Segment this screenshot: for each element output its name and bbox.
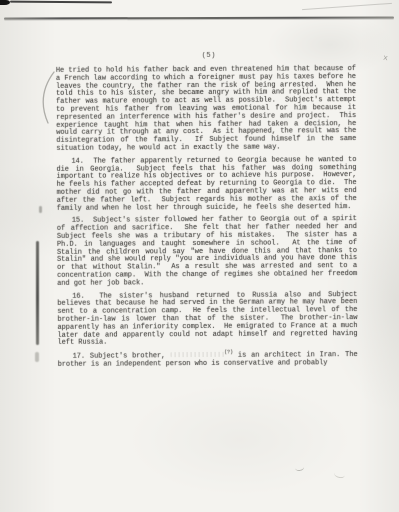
scanned-page: x (5) He tried to hold his father back a…	[0, 0, 399, 512]
document-body: He tried to hold his father back and eve…	[56, 66, 358, 375]
page-number: (5)	[0, 51, 399, 62]
paragraph-17: 17. Subject's brother, (?) is an archite…	[58, 351, 358, 369]
paragraph-13-continuation: He tried to hold his father back and eve…	[56, 66, 357, 154]
paragraph-16: 16. The sister's husband returned to Rus…	[57, 292, 357, 348]
typewritten-content: (5) He tried to hold his father back and…	[0, 0, 399, 512]
paragraph-15: 15. Subject's sister followed her father…	[57, 216, 357, 288]
redaction-blank	[170, 352, 224, 357]
redaction-note: (?)	[224, 350, 233, 356]
paragraph-14: 14. The father apparently returned to Ge…	[56, 157, 356, 213]
